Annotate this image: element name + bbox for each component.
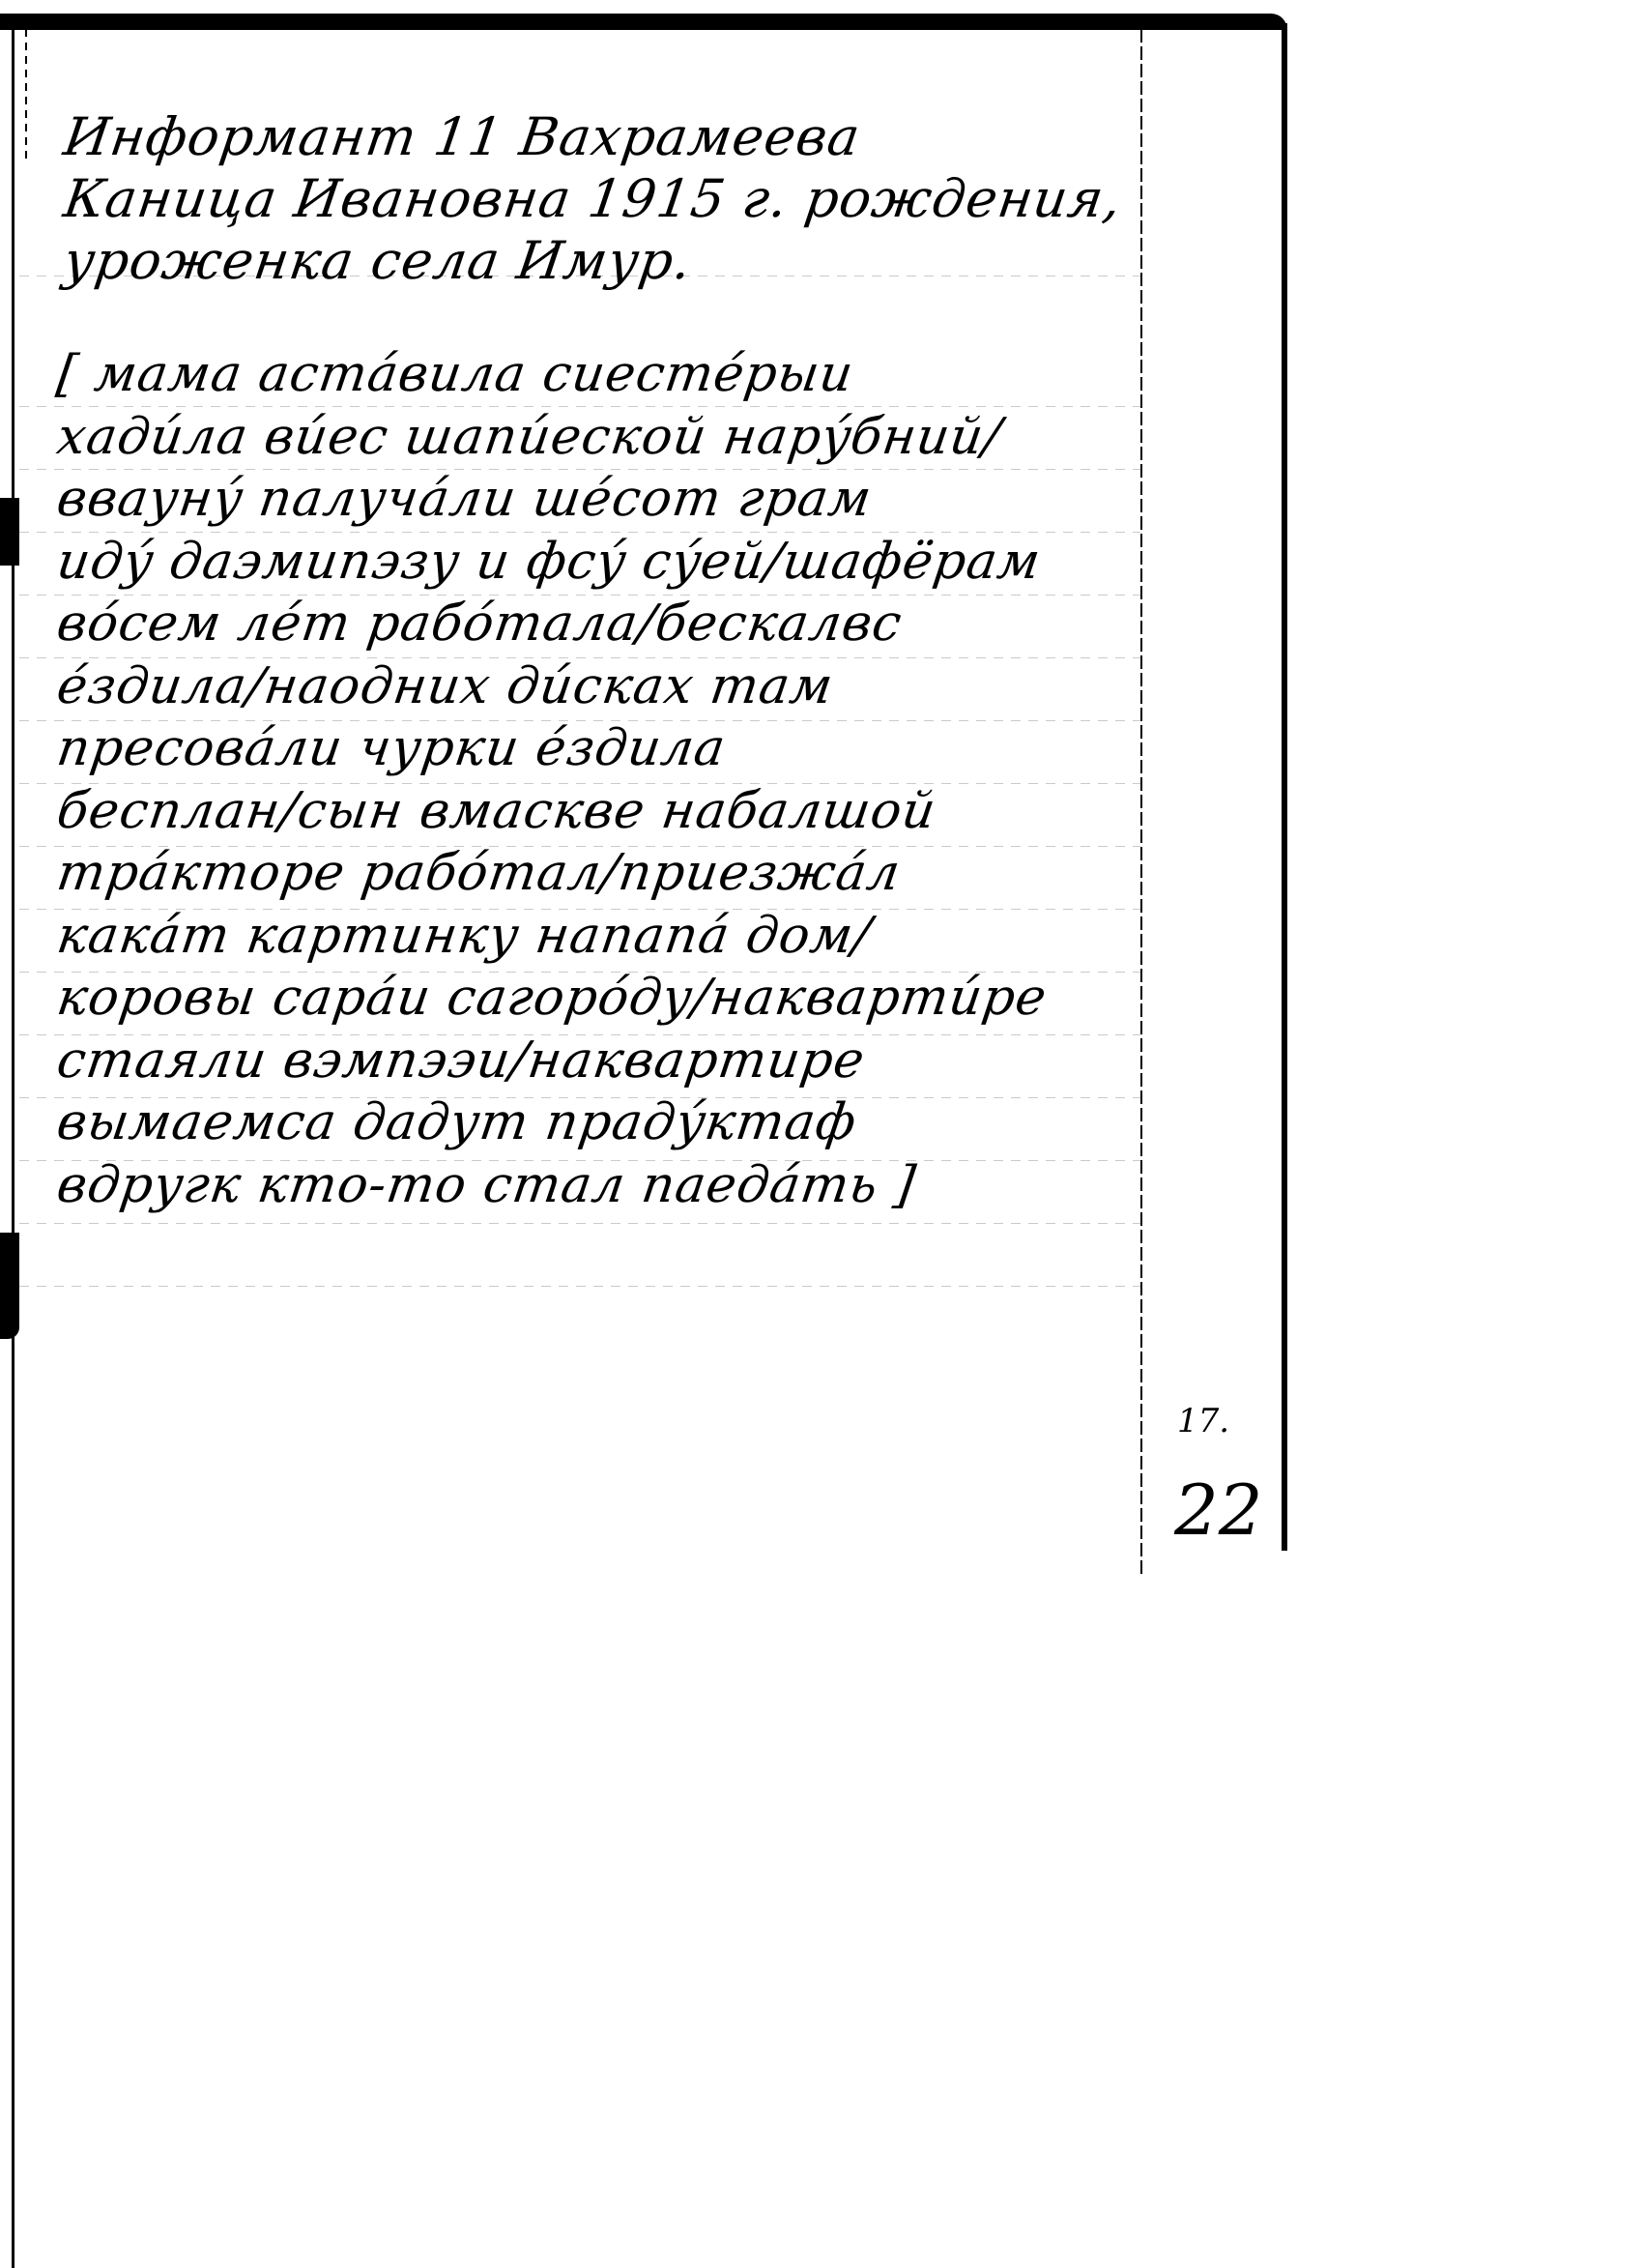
ruled-line bbox=[19, 1286, 1140, 1287]
transcript-line: вымаемса дадут прадýктаф bbox=[53, 1091, 1222, 1154]
transcript-line: вóсем лéт рабóтала/бескалвс bbox=[53, 593, 1222, 655]
header-line: Информант 11 Вахрамеева bbox=[60, 106, 1141, 168]
transcript-line: éздила/наодних дúсках там bbox=[53, 655, 1222, 718]
transcript-line: какáт картинку напапá дом/ bbox=[53, 905, 1222, 968]
transcript-line: трáкторе рабóтал/приезжáл bbox=[53, 842, 1222, 905]
header-line: Каница Ивановна 1915 г. рождения, bbox=[60, 168, 1141, 230]
transcript-line: бесплан/сын вмаскве набалшой bbox=[53, 780, 1222, 843]
binding-top-border bbox=[0, 14, 1287, 30]
transcript-line: хадúла вúес шапúеской нарýбний/ bbox=[53, 406, 1222, 469]
ruled-line bbox=[19, 1223, 1140, 1224]
page-left-edge bbox=[12, 29, 14, 2268]
transcript-line: идý даэмипэзу и фсý сýей/шафёрам bbox=[53, 531, 1222, 594]
page-number-large: 22 bbox=[1174, 1469, 1263, 1551]
transcript-line: вдругк кто-то стал паедáть ] bbox=[53, 1154, 1222, 1217]
transcript-line: [ мама астáвила сиестéрыи bbox=[53, 343, 1222, 406]
page-number-small: 17. bbox=[1177, 1402, 1229, 1440]
transcript-line: пресовáли чурки éздила bbox=[53, 717, 1222, 780]
transcript-line: коровы сарáи сагорóду/накварти́ре bbox=[53, 967, 1222, 1030]
informant-header: Информант 11 Вахрамеева Каница Ивановна … bbox=[60, 106, 1133, 292]
binding-shadow-upper bbox=[0, 498, 19, 566]
left-dashed-mark bbox=[25, 29, 27, 164]
page-right-edge bbox=[1282, 23, 1287, 1551]
transcript-line: вваунý палучáли шéсот грам bbox=[53, 468, 1222, 531]
header-line: уроженка села Имур. bbox=[60, 230, 1141, 292]
binding-shadow-lower bbox=[0, 1233, 19, 1339]
transcript-line: стаяли вэмпээи/наквартире bbox=[53, 1030, 1222, 1092]
dialect-transcript: [ мама астáвила сиестéрыи хадúла вúес ша… bbox=[53, 343, 1213, 1216]
